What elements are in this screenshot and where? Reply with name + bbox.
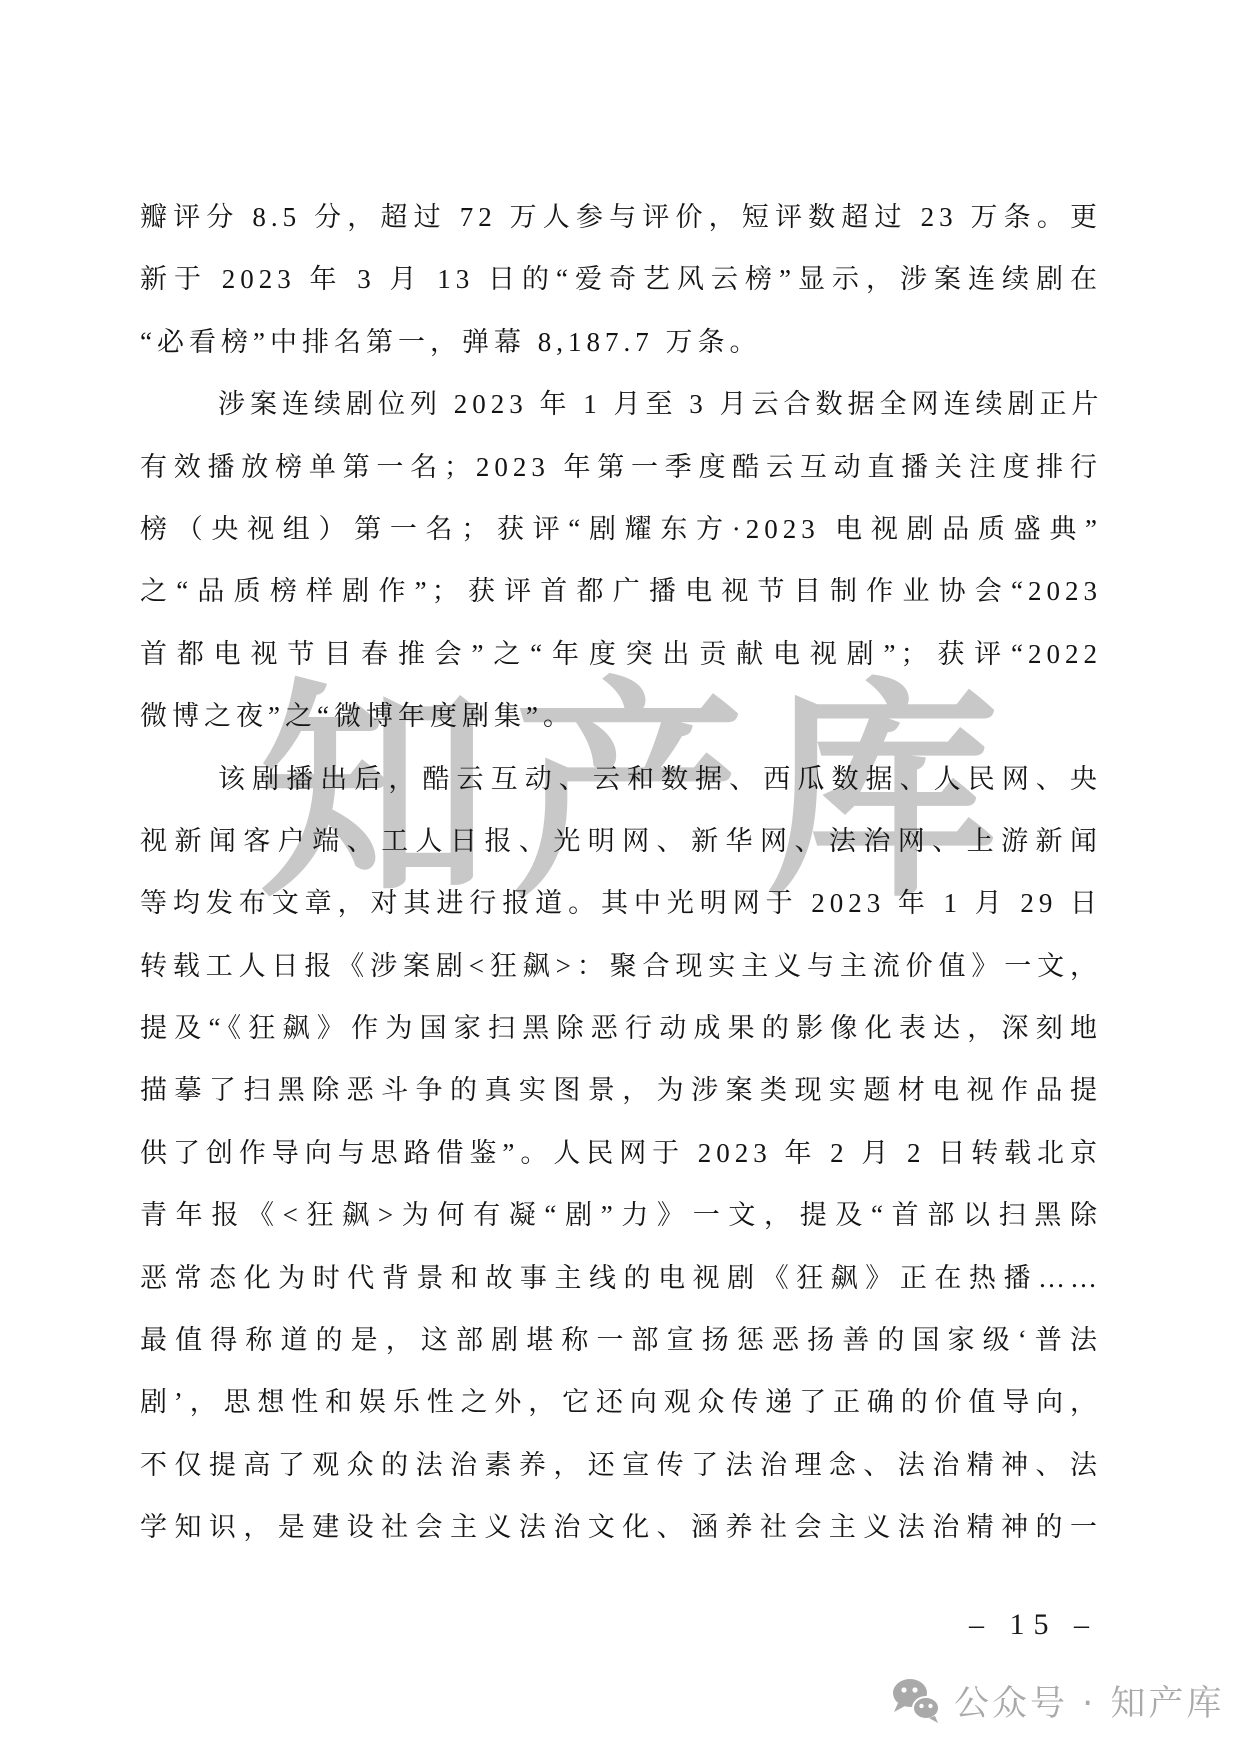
text-line: 首都电视节目春推会”之“年度突出贡献电视剧”；获评“2022 bbox=[140, 623, 1102, 685]
text-line: 微博之夜”之“微博年度剧集”。 bbox=[140, 685, 1102, 747]
text-line: 不仅提高了观众的法治素养，还宣传了法治理念、法治精神、法 bbox=[140, 1434, 1102, 1496]
text-line: 有效播放榜单第一名；2023 年第一季度酷云互动直播关注度排行 bbox=[140, 436, 1102, 498]
text-line: 新于 2023 年 3 月 13 日的“爱奇艺风云榜”显示，涉案连续剧在 bbox=[140, 248, 1102, 310]
text-line: 视新闻客户端、工人日报、光明网、新华网、法治网、上游新闻 bbox=[140, 810, 1102, 872]
text-line: 转载工人日报《涉案剧<狂飙>：聚合现实主义与主流价值》一文， bbox=[140, 935, 1102, 997]
text-line: 瓣评分 8.5 分，超过 72 万人参与评价，短评数超过 23 万条。更 bbox=[140, 186, 1102, 248]
text-line: 恶常态化为时代背景和故事主线的电视剧《狂飙》正在热播…… bbox=[140, 1247, 1102, 1309]
document-page: 知产库 瓣评分 8.5 分，超过 72 万人参与评价，短评数超过 23 万条。更… bbox=[0, 0, 1240, 1753]
text-line: 榜（央视组）第一名；获评“剧耀东方·2023 电视剧品质盛典” bbox=[140, 498, 1102, 560]
text-line: 等均发布文章，对其进行报道。其中光明网于 2023 年 1 月 29 日 bbox=[140, 872, 1102, 934]
text-line: 涉案连续剧位列 2023 年 1 月至 3 月云合数据全网连续剧正片 bbox=[140, 373, 1102, 435]
wechat-account-label: 公众号 · 知产库 bbox=[954, 1676, 1224, 1726]
text-line: 最值得称道的是，这部剧堪称一部宣扬惩恶扬善的国家级‘普法 bbox=[140, 1309, 1102, 1371]
text-line: 描摹了扫黑除恶斗争的真实图景，为涉案类现实题材电视作品提 bbox=[140, 1059, 1102, 1121]
text-line: “必看榜”中排名第一，弹幕 8,187.7 万条。 bbox=[140, 311, 1102, 373]
text-line: 剧’，思想性和娱乐性之外，它还向观众传递了正确的价值导向， bbox=[140, 1371, 1102, 1433]
document-body: 瓣评分 8.5 分，超过 72 万人参与评价，短评数超过 23 万条。更新于 2… bbox=[140, 186, 1102, 1559]
text-line: 之“品质榜样剧作”；获评首都广播电视节目制作业协会“2023 bbox=[140, 560, 1102, 622]
text-line: 提及“《狂飙》作为国家扫黑除恶行动成果的影像化表达，深刻地 bbox=[140, 997, 1102, 1059]
text-line: 青年报《<狂飙>为何有凝“剧”力》一文，提及“首部以扫黑除 bbox=[140, 1184, 1102, 1246]
text-line: 学知识，是建设社会主义法治文化、涵养社会主义法治精神的一 bbox=[140, 1496, 1102, 1558]
text-line: 供了创作导向与思路借鉴”。人民网于 2023 年 2 月 2 日转载北京 bbox=[140, 1122, 1102, 1184]
page-number: – 15 – bbox=[969, 1608, 1098, 1642]
wechat-footer: 公众号 · 知产库 bbox=[890, 1676, 1224, 1726]
wechat-icon bbox=[890, 1677, 942, 1725]
text-line: 该剧播出后，酷云互动、云和数据、西瓜数据、人民网、央 bbox=[140, 748, 1102, 810]
